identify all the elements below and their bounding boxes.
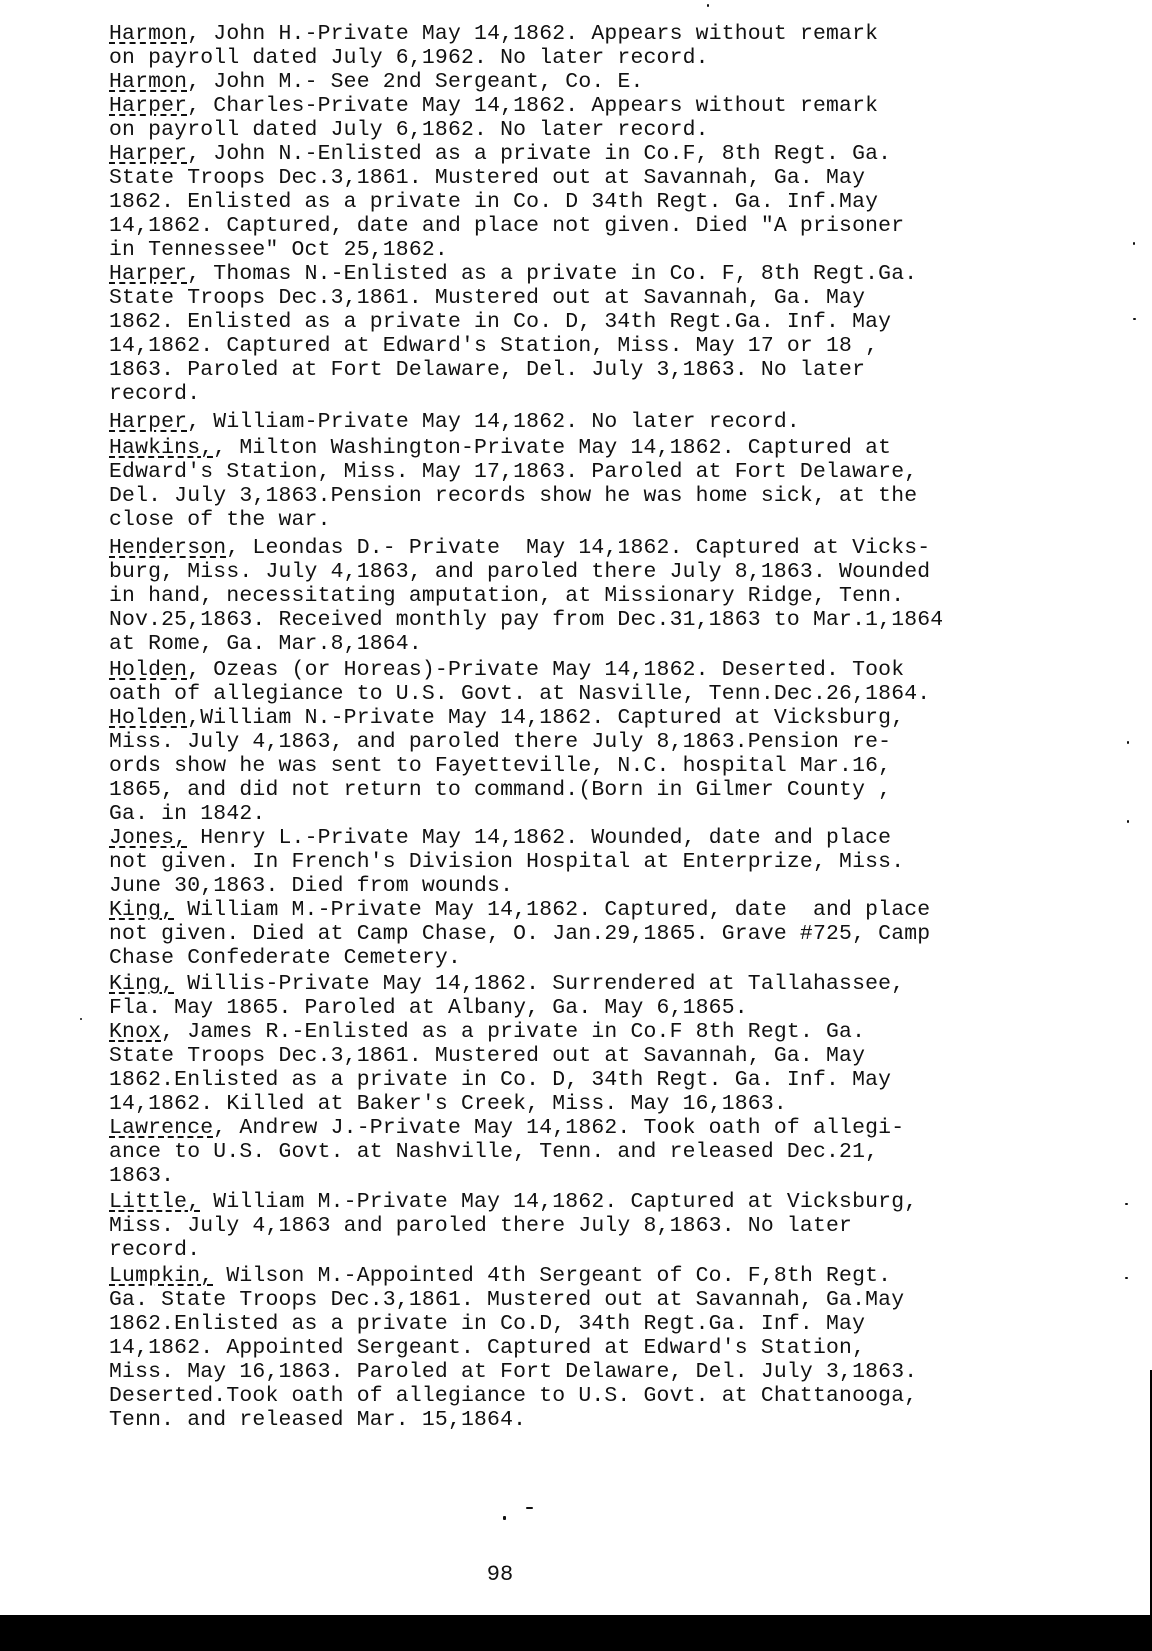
entry-text-line: 14,1862. Killed at Baker's Creek, Miss. … <box>109 1092 787 1116</box>
entry-text: 1862.Enlisted as a private in Co.D, 34th… <box>109 1312 865 1336</box>
entry-text: ,William N.-Private May 14,1862. Capture… <box>187 706 904 730</box>
entry-text-line: on payroll dated July 6,1962. No later r… <box>109 46 709 70</box>
entry-text-line: Ga. in 1842. <box>109 802 265 826</box>
entry-text: Deserted.Took oath of allegiance to U.S.… <box>109 1384 917 1408</box>
entry-text: Henry L.-Private May 14,1862. Wounded, d… <box>187 826 891 850</box>
document-page: Harmon, John H.-Private May 14,1862. App… <box>0 0 1152 1651</box>
entry-text: in hand, necessitating amputation, at Mi… <box>109 584 904 608</box>
entry-text-line: ance to U.S. Govt. at Nashville, Tenn. a… <box>109 1140 878 1164</box>
scan-border <box>0 1615 1152 1651</box>
entry-text: , John H.-Private May 14,1862. Appears w… <box>187 22 878 46</box>
entry-text: Tenn. and released Mar. 15,1864. <box>109 1408 526 1432</box>
entry-heading-line: Harmon, John H.-Private May 14,1862. App… <box>109 22 878 46</box>
surname: Lumpkin, <box>109 1264 213 1288</box>
entry-text-line: in Tennessee" Oct 25,1862. <box>109 238 448 262</box>
entry-heading-line: Jones, Henry L.-Private May 14,1862. Wou… <box>109 826 891 850</box>
entry-text-line: not given. Died at Camp Chase, O. Jan.29… <box>109 922 930 946</box>
entry-text-line: Miss. May 16,1863. Paroled at Fort Delaw… <box>109 1360 917 1384</box>
entry-text-line: 1865, and did not return to command.(Bor… <box>109 778 891 802</box>
surname: Harper <box>109 142 187 166</box>
scan-speck <box>1125 1277 1128 1279</box>
entry-text: , William-Private May 14,1862. No later … <box>187 410 800 434</box>
entry-text-line: in hand, necessitating amputation, at Mi… <box>109 584 904 608</box>
entry-text-line: 14,1862. Appointed Sergeant. Captured at… <box>109 1336 865 1360</box>
entry-text: Miss. May 16,1863. Paroled at Fort Delaw… <box>109 1360 917 1384</box>
entry-text-line: Tenn. and released Mar. 15,1864. <box>109 1408 526 1432</box>
surname: Harper <box>109 94 187 118</box>
entry-text: record. <box>109 382 200 406</box>
entry-text: William M.-Private May 14,1862. Captured… <box>200 1190 917 1214</box>
surname: Knox <box>109 1020 161 1044</box>
surname: Holden <box>109 706 187 730</box>
scan-speck <box>503 1516 506 1520</box>
surname: King, <box>109 898 174 922</box>
entry-text: ords show he was sent to Fayetteville, N… <box>109 754 891 778</box>
entry-text: in Tennessee" Oct 25,1862. <box>109 238 448 262</box>
entry-text-line: Deserted.Took oath of allegiance to U.S.… <box>109 1384 917 1408</box>
entry-text-line: record. <box>109 1238 200 1262</box>
entry-text: State Troops Dec.3,1861. Mustered out at… <box>109 286 865 310</box>
scan-speck <box>526 1507 533 1509</box>
entry-text: 1863. <box>109 1164 174 1188</box>
entry-heading-line: Harper, Charles-Private May 14,1862. App… <box>109 94 878 118</box>
entry-text-line: record. <box>109 382 200 406</box>
surname: Lawrence <box>109 1116 213 1140</box>
entry-text: Wilson M.-Appointed 4th Sergeant of Co. … <box>213 1264 891 1288</box>
entry-text: 14,1862. Captured, date and place not gi… <box>109 214 904 238</box>
entry-text-line: State Troops Dec.3,1861. Mustered out at… <box>109 286 865 310</box>
entry-text: Willis-Private May 14,1862. Surrendered … <box>174 972 904 996</box>
entry-text: on payroll dated July 6,1862. No later r… <box>109 118 709 142</box>
entry-text: Ga. in 1842. <box>109 802 265 826</box>
entry-text: Ga. State Troops Dec.3,1861. Mustered ou… <box>109 1288 904 1312</box>
entry-heading-line: King, Willis-Private May 14,1862. Surren… <box>109 972 904 996</box>
entry-text-line: oath of allegiance to U.S. Govt. at Nasv… <box>109 682 930 706</box>
entry-text: 1862. Enlisted as a private in Co. D, 34… <box>109 310 891 334</box>
entry-text: record. <box>109 1238 200 1262</box>
entry-text: , Charles-Private May 14,1862. Appears w… <box>187 94 878 118</box>
entry-heading-line: Harmon, John M.- See 2nd Sergeant, Co. E… <box>109 70 644 94</box>
entry-text: not given. In French's Division Hospital… <box>109 850 904 874</box>
entry-text: , James R.-Enlisted as a private in Co.F… <box>161 1020 865 1044</box>
surname: Henderson <box>109 536 226 560</box>
surname: Little, <box>109 1190 200 1214</box>
entry-heading-line: Harper, John N.-Enlisted as a private in… <box>109 142 891 166</box>
entry-text: , John M.- See 2nd Sergeant, Co. E. <box>187 70 643 94</box>
entry-text-line: at Rome, Ga. Mar.8,1864. <box>109 632 422 656</box>
entry-text: at Rome, Ga. Mar.8,1864. <box>109 632 422 656</box>
entry-text-line: 1862.Enlisted as a private in Co. D, 34t… <box>109 1068 891 1092</box>
surname: Jones, <box>109 826 187 850</box>
entry-text: 1862. Enlisted as a private in Co. D 34t… <box>109 190 878 214</box>
scan-speck <box>707 4 709 7</box>
entry-text-line: Chase Confederate Cemetery. <box>109 946 461 970</box>
entry-heading-line: Holden,William N.-Private May 14,1862. C… <box>109 706 904 730</box>
entry-text: , Andrew J.-Private May 14,1862. Took oa… <box>213 1116 904 1140</box>
entry-text-line: on payroll dated July 6,1862. No later r… <box>109 118 709 142</box>
surname: King, <box>109 972 174 996</box>
entry-text: Fla. May 1865. Paroled at Albany, Ga. Ma… <box>109 996 748 1020</box>
surname: Harmon <box>109 22 187 46</box>
entry-text: Chase Confederate Cemetery. <box>109 946 461 970</box>
entry-text-line: ords show he was sent to Fayetteville, N… <box>109 754 891 778</box>
entry-text: 14,1862. Captured at Edward's Station, M… <box>109 334 878 358</box>
entry-text-line: State Troops Dec.3,1861. Mustered out at… <box>109 1044 865 1068</box>
entry-text-line: 1862. Enlisted as a private in Co. D 34t… <box>109 190 878 214</box>
entry-heading-line: Harper, Thomas N.-Enlisted as a private … <box>109 262 917 286</box>
entry-text-line: Edward's Station, Miss. May 17,1863. Par… <box>109 460 917 484</box>
entry-text-line: 14,1862. Captured at Edward's Station, M… <box>109 334 878 358</box>
page-number: 98 <box>0 1562 1000 1587</box>
entry-text: close of the war. <box>109 508 331 532</box>
scan-speck <box>1127 741 1129 744</box>
entry-text: 14,1862. Killed at Baker's Creek, Miss. … <box>109 1092 787 1116</box>
entry-text: 1862.Enlisted as a private in Co. D, 34t… <box>109 1068 891 1092</box>
entry-text-line: State Troops Dec.3,1861. Mustered out at… <box>109 166 865 190</box>
entry-heading-line: King, William M.-Private May 14,1862. Ca… <box>109 898 930 922</box>
entry-heading-line: Henderson, Leondas D.- Private May 14,18… <box>109 536 930 560</box>
entry-text-line: 1862.Enlisted as a private in Co.D, 34th… <box>109 1312 865 1336</box>
entry-text: , Milton Washington-Private May 14,1862.… <box>213 436 891 460</box>
entry-text: State Troops Dec.3,1861. Mustered out at… <box>109 1044 865 1068</box>
entry-heading-line: Lumpkin, Wilson M.-Appointed 4th Sergean… <box>109 1264 891 1288</box>
entry-text: , Leondas D.- Private May 14,1862. Captu… <box>226 536 930 560</box>
entry-text-line: Miss. July 4,1863, and paroled there Jul… <box>109 730 891 754</box>
scan-speck <box>80 1018 82 1020</box>
entry-text-line: Nov.25,1863. Received monthly pay from D… <box>109 608 943 632</box>
entry-text: 1863. Paroled at Fort Delaware, Del. Jul… <box>109 358 865 382</box>
entry-text: Miss. July 4,1863 and paroled there July… <box>109 1214 852 1238</box>
entry-text-line: 1863. <box>109 1164 174 1188</box>
entry-text: , John N.-Enlisted as a private in Co.F,… <box>187 142 891 166</box>
entry-text-line: 14,1862. Captured, date and place not gi… <box>109 214 904 238</box>
entry-text: Edward's Station, Miss. May 17,1863. Par… <box>109 460 917 484</box>
entry-heading-line: Little, William M.-Private May 14,1862. … <box>109 1190 917 1214</box>
entry-heading-line: Holden, Ozeas (or Horeas)-Private May 14… <box>109 658 904 682</box>
scan-speck <box>1125 1203 1128 1205</box>
entry-heading-line: Knox, James R.-Enlisted as a private in … <box>109 1020 865 1044</box>
surname: Holden <box>109 658 187 682</box>
entry-text-line: Miss. July 4,1863 and paroled there July… <box>109 1214 852 1238</box>
entry-text-line: Ga. State Troops Dec.3,1861. Mustered ou… <box>109 1288 904 1312</box>
entry-text: , Ozeas (or Horeas)-Private May 14,1862.… <box>187 658 904 682</box>
entry-heading-line: Hawkins,, Milton Washington-Private May … <box>109 436 891 460</box>
entry-text-line: Del. July 3,1863.Pension records show he… <box>109 484 917 508</box>
entry-heading-line: Lawrence, Andrew J.-Private May 14,1862.… <box>109 1116 904 1140</box>
entry-text-line: 1863. Paroled at Fort Delaware, Del. Jul… <box>109 358 865 382</box>
surname: Harper <box>109 410 187 434</box>
entry-text: Miss. July 4,1863, and paroled there Jul… <box>109 730 891 754</box>
surname: Harmon <box>109 70 187 94</box>
entry-text: Del. July 3,1863.Pension records show he… <box>109 484 917 508</box>
entry-text: oath of allegiance to U.S. Govt. at Nasv… <box>109 682 930 706</box>
entry-text: Nov.25,1863. Received monthly pay from D… <box>109 608 943 632</box>
scan-speck <box>1133 318 1136 320</box>
entry-text: 1865, and did not return to command.(Bor… <box>109 778 891 802</box>
entry-text-line: 1862. Enlisted as a private in Co. D, 34… <box>109 310 891 334</box>
surname: Hawkins, <box>109 436 213 460</box>
entry-heading-line: Harper, William-Private May 14,1862. No … <box>109 410 800 434</box>
entry-text: , Thomas N.-Enlisted as a private in Co.… <box>187 262 917 286</box>
entry-text-line: Fla. May 1865. Paroled at Albany, Ga. Ma… <box>109 996 748 1020</box>
entry-text: 14,1862. Appointed Sergeant. Captured at… <box>109 1336 865 1360</box>
entry-text: State Troops Dec.3,1861. Mustered out at… <box>109 166 865 190</box>
entry-text: William M.-Private May 14,1862. Captured… <box>174 898 930 922</box>
entry-text-line: not given. In French's Division Hospital… <box>109 850 904 874</box>
entry-text: not given. Died at Camp Chase, O. Jan.29… <box>109 922 930 946</box>
entry-text-line: close of the war. <box>109 508 331 532</box>
entry-text: on payroll dated July 6,1962. No later r… <box>109 46 709 70</box>
scan-speck <box>1127 820 1129 823</box>
entry-text-line: June 30,1863. Died from wounds. <box>109 874 513 898</box>
surname: Harper <box>109 262 187 286</box>
entry-text: June 30,1863. Died from wounds. <box>109 874 513 898</box>
entry-text-line: burg, Miss. July 4,1863, and paroled the… <box>109 560 930 584</box>
scan-speck <box>1133 242 1135 245</box>
entry-text: ance to U.S. Govt. at Nashville, Tenn. a… <box>109 1140 878 1164</box>
entry-text: burg, Miss. July 4,1863, and paroled the… <box>109 560 930 584</box>
